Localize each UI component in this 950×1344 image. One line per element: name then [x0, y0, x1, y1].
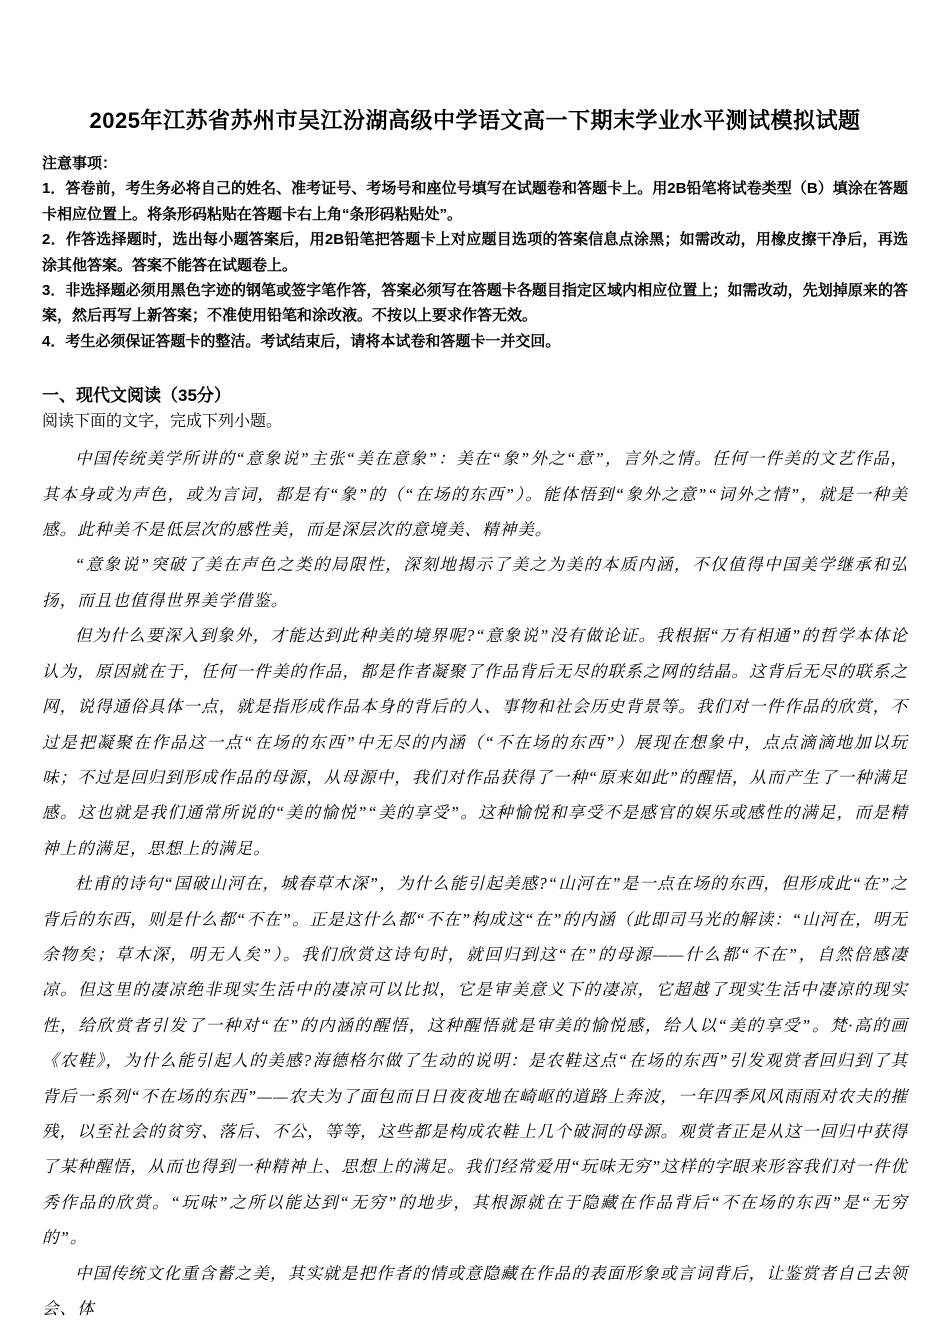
body-paragraph-1: 中国传统美学所讲的“意象说”主张“美在意象”：美在“象”外之“意”，言外之情。任… — [42, 441, 908, 547]
section-heading: 一、现代文阅读（35分） — [42, 382, 908, 409]
notice-item-2: 2．作答选择题时，选出每小题答案后，用2B铅笔把答题卡上对应题目选项的答案信息点… — [42, 227, 908, 278]
reading-instruction: 阅读下面的文字，完成下列小题。 — [42, 409, 908, 435]
notice-section: 注意事项： 1．答卷前，考生务必将自己的姓名、准考证号、考场号和座位号填写在试题… — [42, 151, 908, 354]
body-paragraph-3: 但为什么要深入到象外，才能达到此种美的境界呢?“意象说”没有做论证。我根据“万有… — [42, 618, 908, 866]
exam-paper-page: 2025年江苏省苏州市吴江汾湖高级中学语文高一下期末学业水平测试模拟试题 注意事… — [0, 0, 950, 1344]
notice-item-3: 3．非选择题必须用黑色字迹的钢笔或签字笔作答，答案必须写在答题卡各题目指定区域内… — [42, 278, 908, 329]
notice-heading: 注意事项： — [42, 151, 908, 176]
page-title: 2025年江苏省苏州市吴江汾湖高级中学语文高一下期末学业水平测试模拟试题 — [42, 106, 908, 136]
body-paragraph-4: 杜甫的诗句“国破山河在，城春草木深”，为什么能引起美感?“山河在”是一点在场的东… — [42, 866, 908, 1255]
body-paragraph-2: “意象说”突破了美在声色之类的局限性，深刻地揭示了美之为美的本质内涵，不仅值得中… — [42, 547, 908, 618]
modern-reading-section: 一、现代文阅读（35分） 阅读下面的文字，完成下列小题。 中国传统美学所讲的“意… — [42, 382, 908, 1326]
notice-item-1: 1．答卷前，考生务必将自己的姓名、准考证号、考场号和座位号填写在试题卷和答题卡上… — [42, 176, 908, 227]
body-paragraph-5: 中国传统文化重含蓄之美，其实就是把作者的情或意隐藏在作品的表面形象或言词背后，让… — [42, 1256, 908, 1327]
notice-item-4: 4．考生必须保证答题卡的整洁。考试结束后，请将本试卷和答题卡一并交回。 — [42, 329, 908, 354]
